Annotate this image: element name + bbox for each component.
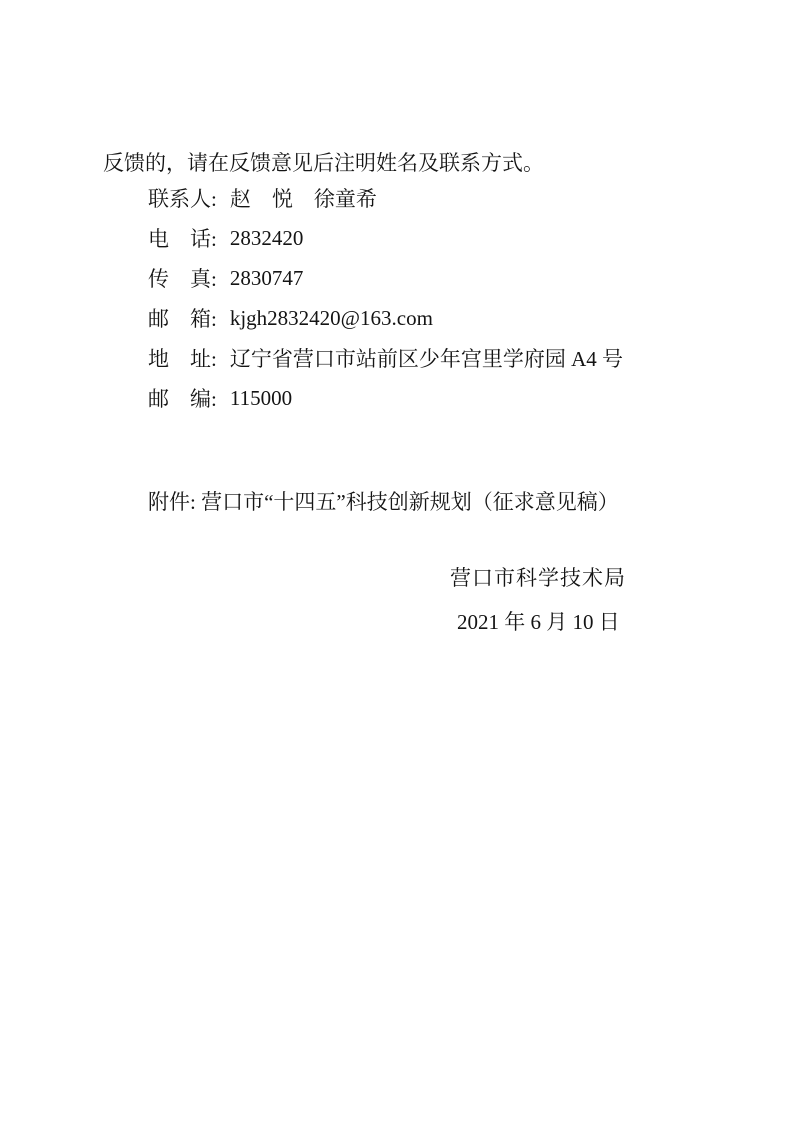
contact-label: 地 址: [148,343,217,373]
contact-row-person: 联系人: 赵 悦 徐童希 [148,178,623,218]
contact-value: 2830747 [230,266,304,291]
contact-row-postcode: 邮 编: 115000 [148,378,623,418]
document-page: 反馈的，请在反馈意见后注明姓名及联系方式。 联系人: 赵 悦 徐童希 电 话: … [0,0,793,1122]
issuing-authority-signature: 营口市科学技术局 [450,562,626,592]
contact-info-block: 联系人: 赵 悦 徐童希 电 话: 2832420 传 真: 2830747 邮… [148,178,623,418]
contact-value: 115000 [230,386,292,411]
contact-row-fax: 传 真: 2830747 [148,258,623,298]
contact-label: 联系人: [148,183,217,213]
attachment-line: 附件: 营口市“十四五”科技创新规划（征求意见稿） [148,486,619,516]
contact-row-phone: 电 话: 2832420 [148,218,623,258]
contact-label: 邮 编: [148,383,217,413]
contact-row-email: 邮 箱: kjgh2832420@163.com [148,298,623,338]
contact-value: 2832420 [230,226,304,251]
contact-value: kjgh2832420@163.com [230,306,433,331]
contact-label: 电 话: [148,223,217,253]
contact-label: 邮 箱: [148,303,217,333]
contact-value: 赵 悦 徐童希 [230,183,377,213]
contact-row-address: 地 址: 辽宁省营口市站前区少年宫里学府园 A4 号 [148,338,623,378]
paragraph-continuation-line: 反馈的，请在反馈意见后注明姓名及联系方式。 [103,147,544,177]
issue-date: 2021 年 6 月 10 日 [457,606,620,636]
contact-value: 辽宁省营口市站前区少年宫里学府园 A4 号 [230,343,623,373]
contact-label: 传 真: [148,263,217,293]
